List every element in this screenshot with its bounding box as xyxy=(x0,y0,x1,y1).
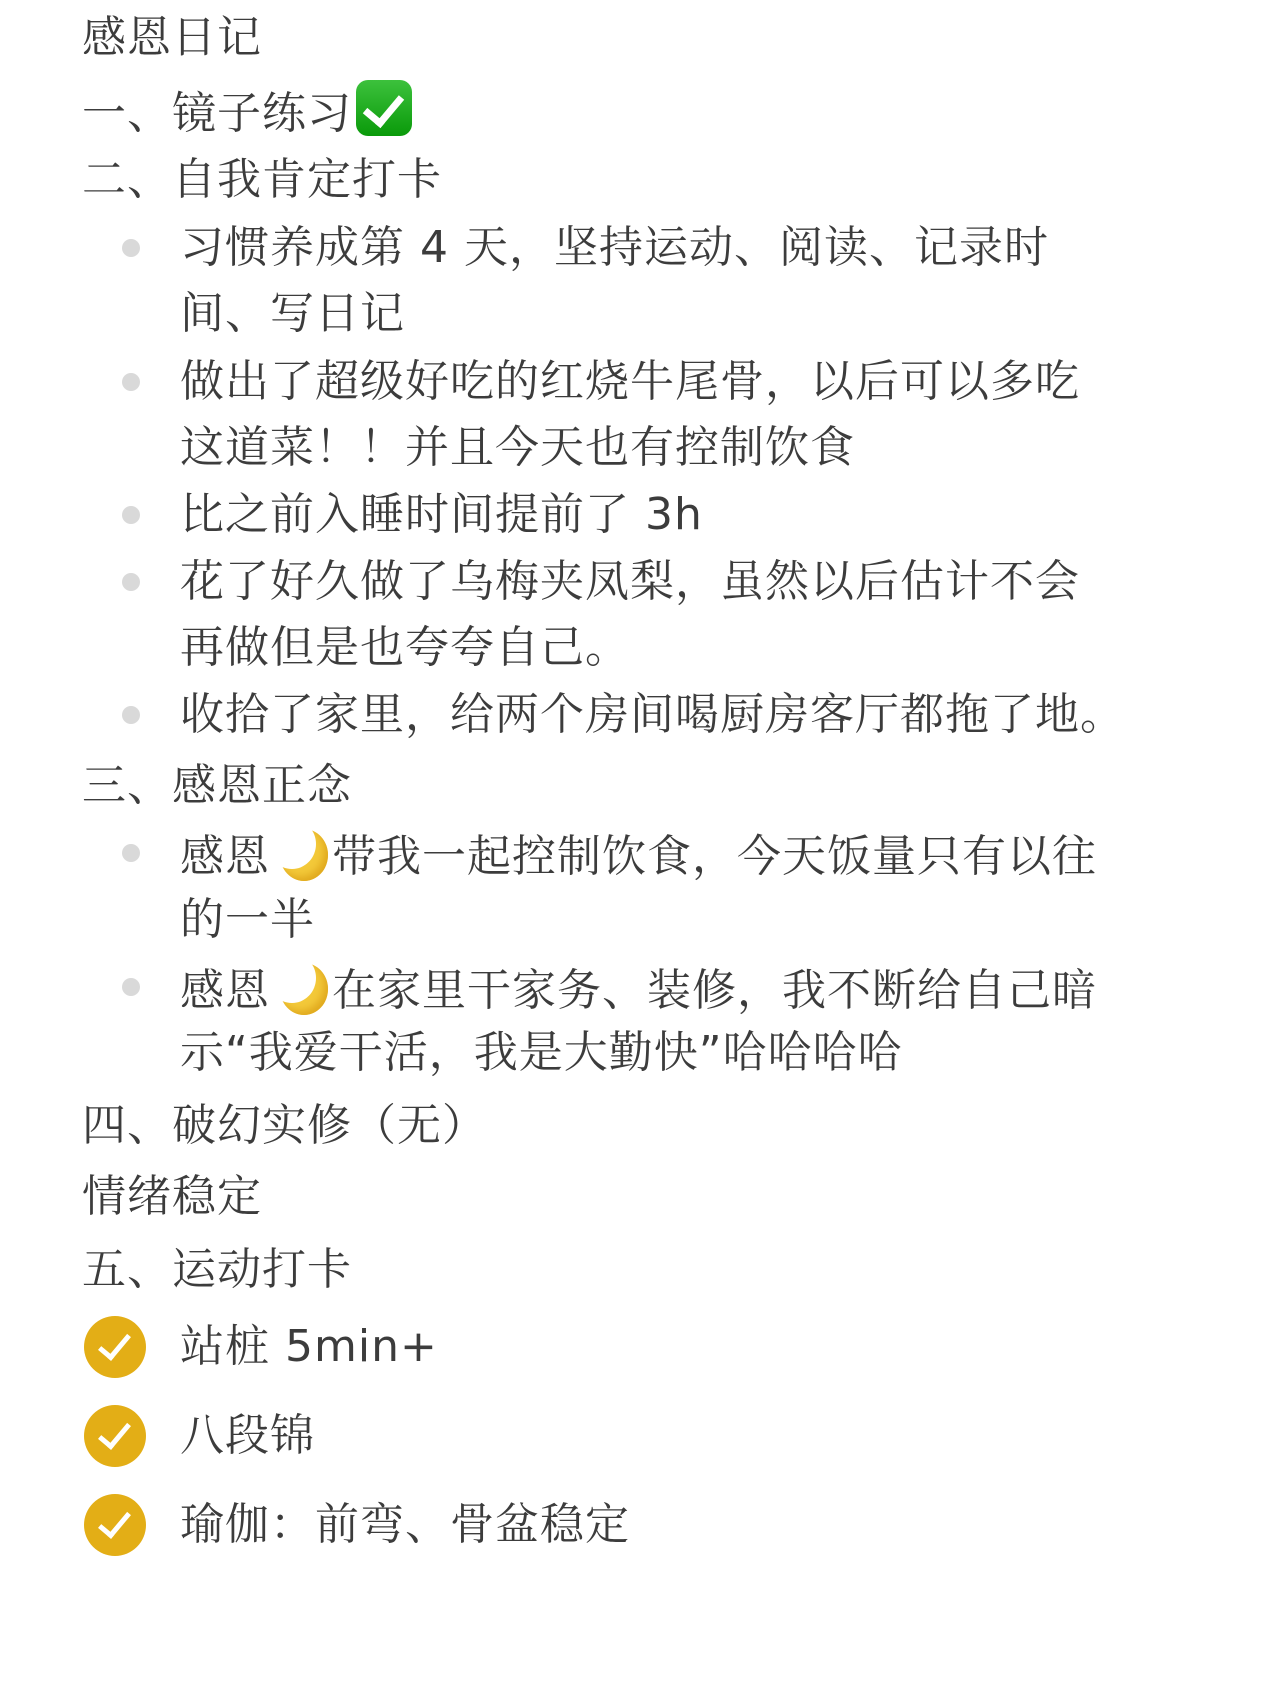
gratitude-text: 带我一起控制饮食，今天饭量只有以往 xyxy=(332,831,1097,882)
list-item-continuation: 再做但是也夸夸自己。 xyxy=(180,620,630,676)
bullet-icon xyxy=(122,239,140,257)
list-item: 做出了超级好吃的红烧牛尾骨，以后可以多吃 xyxy=(180,354,1080,410)
checklist-item: 瑜伽：前弯、骨盆稳定 xyxy=(180,1497,630,1553)
section-4-note: 情绪稳定 xyxy=(82,1169,262,1225)
bullet-icon xyxy=(122,706,140,724)
list-item-continuation: 这道菜！！并且今天也有控制饮食 xyxy=(180,420,855,476)
list-item: 花了好久做了乌梅夹凤梨，虽然以后估计不会 xyxy=(180,554,1080,610)
list-item: 习惯养成第 4 天，坚持运动、阅读、记录时 xyxy=(180,220,1049,276)
checklist-item: 八段锦 xyxy=(180,1408,315,1464)
checked-circle-icon[interactable] xyxy=(84,1316,146,1378)
gratitude-prefix: 感恩 xyxy=(180,965,270,1016)
bullet-icon xyxy=(122,506,140,524)
section-1-heading: 一、镜子练习 xyxy=(82,80,412,142)
bullet-icon xyxy=(122,844,140,862)
section-1-heading-text: 一、镜子练习 xyxy=(82,88,352,139)
checked-circle-icon[interactable] xyxy=(84,1494,146,1556)
section-4-heading: 四、破幻实修（无） xyxy=(82,1098,487,1154)
list-item-continuation: 的一半 xyxy=(180,892,315,948)
list-item-continuation: 示“我爱干活，我是大勤快”哈哈哈哈 xyxy=(180,1025,903,1081)
bullet-icon xyxy=(122,373,140,391)
check-mark-button-icon xyxy=(356,80,412,136)
bullet-icon xyxy=(122,573,140,591)
section-2-heading: 二、自我肯定打卡 xyxy=(82,152,442,208)
section-5-heading: 五、运动打卡 xyxy=(82,1242,352,1298)
gratitude-text: 在家里干家务、装修，我不断给自己暗 xyxy=(332,965,1097,1016)
list-item: 感恩带我一起控制饮食，今天饭量只有以往 xyxy=(180,825,1097,885)
list-item: 比之前入睡时间提前了 3h xyxy=(180,487,703,543)
section-3-heading: 三、感恩正念 xyxy=(82,758,352,814)
crescent-moon-icon xyxy=(274,825,328,883)
checked-circle-icon[interactable] xyxy=(84,1405,146,1467)
gratitude-prefix: 感恩 xyxy=(180,831,270,882)
list-item-continuation: 间、写日记 xyxy=(180,286,405,342)
bullet-icon xyxy=(122,978,140,996)
list-item: 感恩在家里干家务、装修，我不断给自己暗 xyxy=(180,959,1097,1019)
list-item: 收拾了家里，给两个房间喝厨房客厅都拖了地。 xyxy=(180,687,1125,743)
checklist-item: 站桩 5min+ xyxy=(180,1319,438,1375)
journal-title: 感恩日记 xyxy=(82,10,262,66)
crescent-moon-icon xyxy=(274,959,328,1017)
